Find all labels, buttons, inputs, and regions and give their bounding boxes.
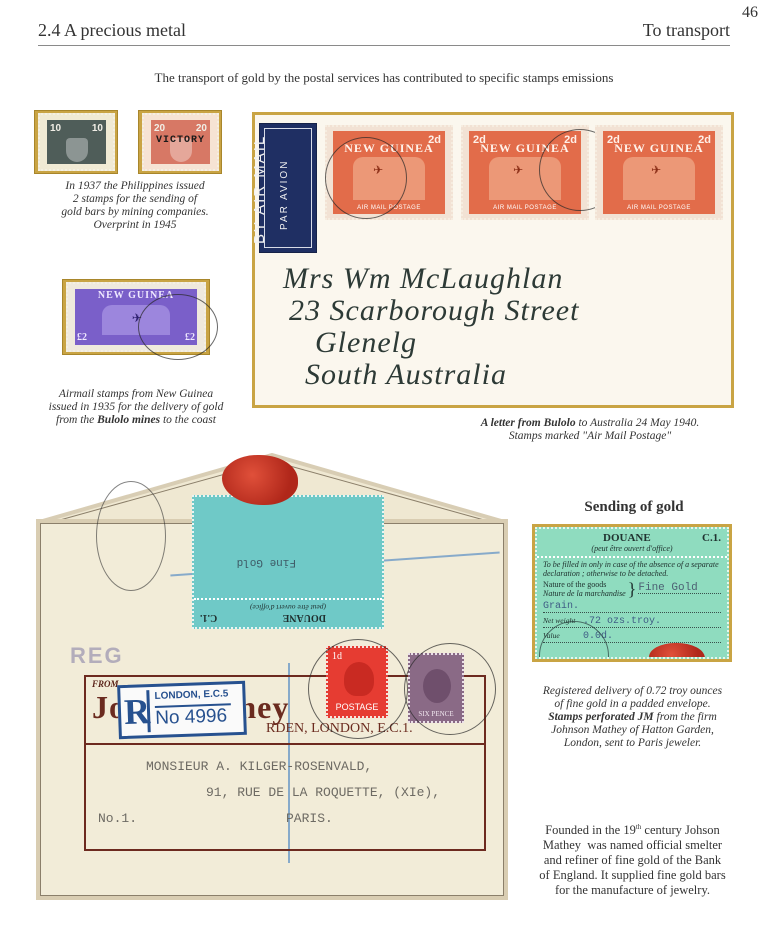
goods-labels: Nature of the goods Nature de la marchan… (543, 580, 626, 598)
history-line: and refiner of fine gold of the Bank (525, 853, 740, 868)
landscape-window: ✈ (623, 157, 695, 200)
label-head: DOUANE C.1. (200, 612, 376, 623)
douane-note: (peut être ouvert d'office) (200, 603, 376, 612)
goods-row: Nature of the goods Nature de la marchan… (543, 580, 721, 598)
douane-instructions: To be filled in only in case of the abse… (543, 560, 721, 578)
douane-code: C.1. (702, 532, 721, 544)
new-guinea-2-pound-stamp: NEW GUINEA ✈ £2 £2 (66, 282, 206, 352)
postmark (138, 294, 218, 360)
hatton-garden-postmark (96, 481, 166, 591)
caption-line: In 1937 the Philippines issued (30, 180, 240, 193)
registration-label: R LONDON, E.C.5 No 4996 (117, 681, 247, 739)
douane-label: DOUANE C.1. (peut être ouvert d'office) … (535, 527, 729, 659)
airmail-label: BY AIR MAIL PAR AVION (259, 123, 317, 253)
history-text-part: century Johson (641, 823, 719, 837)
registered-gold-envelope: REG DOUANE C.1. (peut être ouvert d'offi… (36, 453, 508, 900)
caption-line: issued in 1935 for the delivery of gold (30, 401, 242, 414)
caption-line: Registered delivery of 0.72 troy ounces (525, 685, 740, 698)
airplane-icon: ✈ (513, 163, 523, 178)
coat-of-arms-icon (66, 138, 88, 162)
caption-text: to the coast (160, 414, 216, 426)
caption-line: Airmail stamps from New Guinea (30, 388, 242, 401)
postmark (325, 137, 407, 219)
denomination: 10 (50, 123, 61, 134)
caption-line: of fine gold in a padded envelope. (525, 698, 740, 711)
caption-bold: Bulolo mines (97, 414, 160, 426)
caption-line: from the Bulolo mines to the coast (30, 414, 242, 427)
caption-line: Johnson Mathey of Hatton Garden, (525, 724, 740, 737)
perforation (537, 556, 727, 558)
envelope-paper: BY AIR MAIL PAR AVION NEW GUINEA ✈ 2d AI… (255, 115, 731, 405)
philippines-stamp-10: 10 10 (38, 113, 115, 171)
intro-text: The transport of gold by the postal serv… (0, 70, 768, 86)
customs-label-upside-down: DOUANE C.1. (peut être ouvert d'office) … (192, 495, 384, 629)
denomination: £2 (77, 332, 87, 343)
douane-code: C.1. (200, 612, 217, 623)
bulolo-caption: A letter from Bulolo to Australia 24 May… (440, 417, 740, 443)
airplane-icon: ✈ (651, 163, 661, 178)
douane-title: DOUANE (283, 612, 326, 623)
bulolo-airmail-cover: BY AIR MAIL PAR AVION NEW GUINEA ✈ 2d AI… (252, 112, 734, 408)
stamp-artwork: NEW GUINEA ✈ 2d 2d AIR MAIL POSTAGE (603, 131, 715, 214)
history-line: Mathey was named official smelter (525, 838, 740, 853)
caption-line: Stamps perforated JM from the firm (525, 711, 740, 724)
wax-seal (222, 455, 298, 505)
philippines-stamp-20-victory: 20 20 VICTORY (142, 113, 219, 171)
recipient-city: PARIS. (286, 811, 333, 826)
goods-value-continued: Grain. (543, 601, 721, 613)
sending-of-gold-caption: Registered delivery of 0.72 troy ounces … (525, 685, 740, 750)
recipient-street: 91, RUE DE LA ROQUETTE, (XIe), (206, 785, 440, 800)
address-line: South Australia (275, 359, 579, 391)
page-number: 46 (742, 4, 758, 22)
airmail-text: BY AIR MAIL (251, 124, 268, 244)
denomination: 2d (473, 134, 486, 210)
caption-bold: Stamps perforated JM (548, 711, 653, 723)
caption-text: from the firm (654, 711, 717, 723)
registration-office: LONDON, E.C.5 (154, 688, 228, 702)
divider (86, 743, 484, 745)
goods-label-fr: Nature de la marchandise (543, 589, 626, 598)
caption-text: to Australia 24 May 1940. (576, 417, 700, 429)
wax-seal (649, 643, 705, 659)
stamp-artwork: 20 20 VICTORY (151, 120, 210, 164)
stamp-artwork: 10 10 (47, 120, 106, 164)
customs-label-detail: DOUANE C.1. (peut être ouvert d'office) … (532, 524, 732, 662)
postmark (404, 643, 496, 735)
reg-handstamp: REG (70, 643, 124, 669)
denomination: 20 (154, 123, 165, 134)
brace-icon: } (628, 580, 637, 598)
history-line: Founded in the 19th century Johson (525, 820, 740, 838)
weight-value: .72 ozs.troy. (583, 616, 661, 627)
caption-line: Overprint in 1945 (30, 219, 240, 232)
perforation (194, 598, 382, 600)
caption-bold: A letter from Bulolo (481, 417, 576, 429)
denomination: 10 (92, 123, 103, 134)
douane-note: (peut être ouvert d'office) (543, 544, 721, 553)
denomination: 2d (607, 134, 620, 210)
recipient-name: MONSIEUR A. KILGER-ROSENVALD, (146, 759, 372, 774)
history-line: of England. It supplied fine gold bars (525, 868, 740, 883)
sending-of-gold-title: Sending of gold (530, 499, 738, 516)
registered-r-icon: R (123, 690, 150, 733)
new-guinea-caption: Airmail stamps from New Guinea issued in… (30, 388, 242, 427)
handwritten-address: Mrs Wm McLaughlan 23 Scarborough Street … (275, 263, 579, 391)
denomination: 20 (196, 123, 207, 134)
goods-value: Fine Gold (638, 584, 721, 594)
history-text: Founded in the 19th century Johson Mathe… (525, 820, 740, 898)
section-title: 2.4 A precious metal (38, 20, 186, 41)
denomination: 2d (698, 134, 711, 210)
caption-line: A letter from Bulolo to Australia 24 May… (440, 417, 740, 430)
goods-label-en: Nature of the goods (543, 580, 626, 589)
caption-line: London, sent to Paris jeweler. (525, 737, 740, 750)
label-head: DOUANE C.1. (543, 532, 721, 544)
registration-number: No 4996 (155, 703, 232, 730)
history-line: for the manufacture of jewelry. (525, 883, 740, 898)
stamp-label: AIR MAIL POSTAGE (603, 205, 715, 211)
reference-number: No.1. (98, 811, 137, 826)
address-line: Glenelg (275, 327, 579, 359)
topic-title: To transport (643, 20, 730, 41)
goods-value: Fine Gold (200, 556, 376, 568)
caption-text: from the (56, 414, 97, 426)
caption-line: 2 stamps for the sending of (30, 193, 240, 206)
victory-overprint: VICTORY (151, 135, 210, 146)
from-label: FROM (92, 679, 119, 689)
history-text-part: Founded in the 19 (545, 823, 636, 837)
douane-title: DOUANE (603, 532, 651, 544)
address-line: 23 Scarborough Street (275, 295, 579, 327)
postmark (308, 639, 408, 739)
new-guinea-2d-stamp: NEW GUINEA ✈ 2d 2d AIR MAIL POSTAGE (461, 125, 589, 220)
philippines-caption: In 1937 the Philippines issued 2 stamps … (30, 180, 240, 232)
caption-line: gold bars by mining companies. (30, 206, 240, 219)
address-line: Mrs Wm McLaughlan (275, 263, 579, 295)
new-guinea-2d-stamp: NEW GUINEA ✈ 2d AIR MAIL POSTAGE (325, 125, 453, 220)
new-guinea-2d-stamp: NEW GUINEA ✈ 2d 2d AIR MAIL POSTAGE (595, 125, 723, 220)
caption-line: Stamps marked "Air Mail Postage" (440, 430, 740, 443)
page-header: 2.4 A precious metal To transport (38, 20, 730, 46)
par-avion-text: PAR AVION (279, 130, 290, 230)
denomination: 2d (428, 134, 441, 210)
